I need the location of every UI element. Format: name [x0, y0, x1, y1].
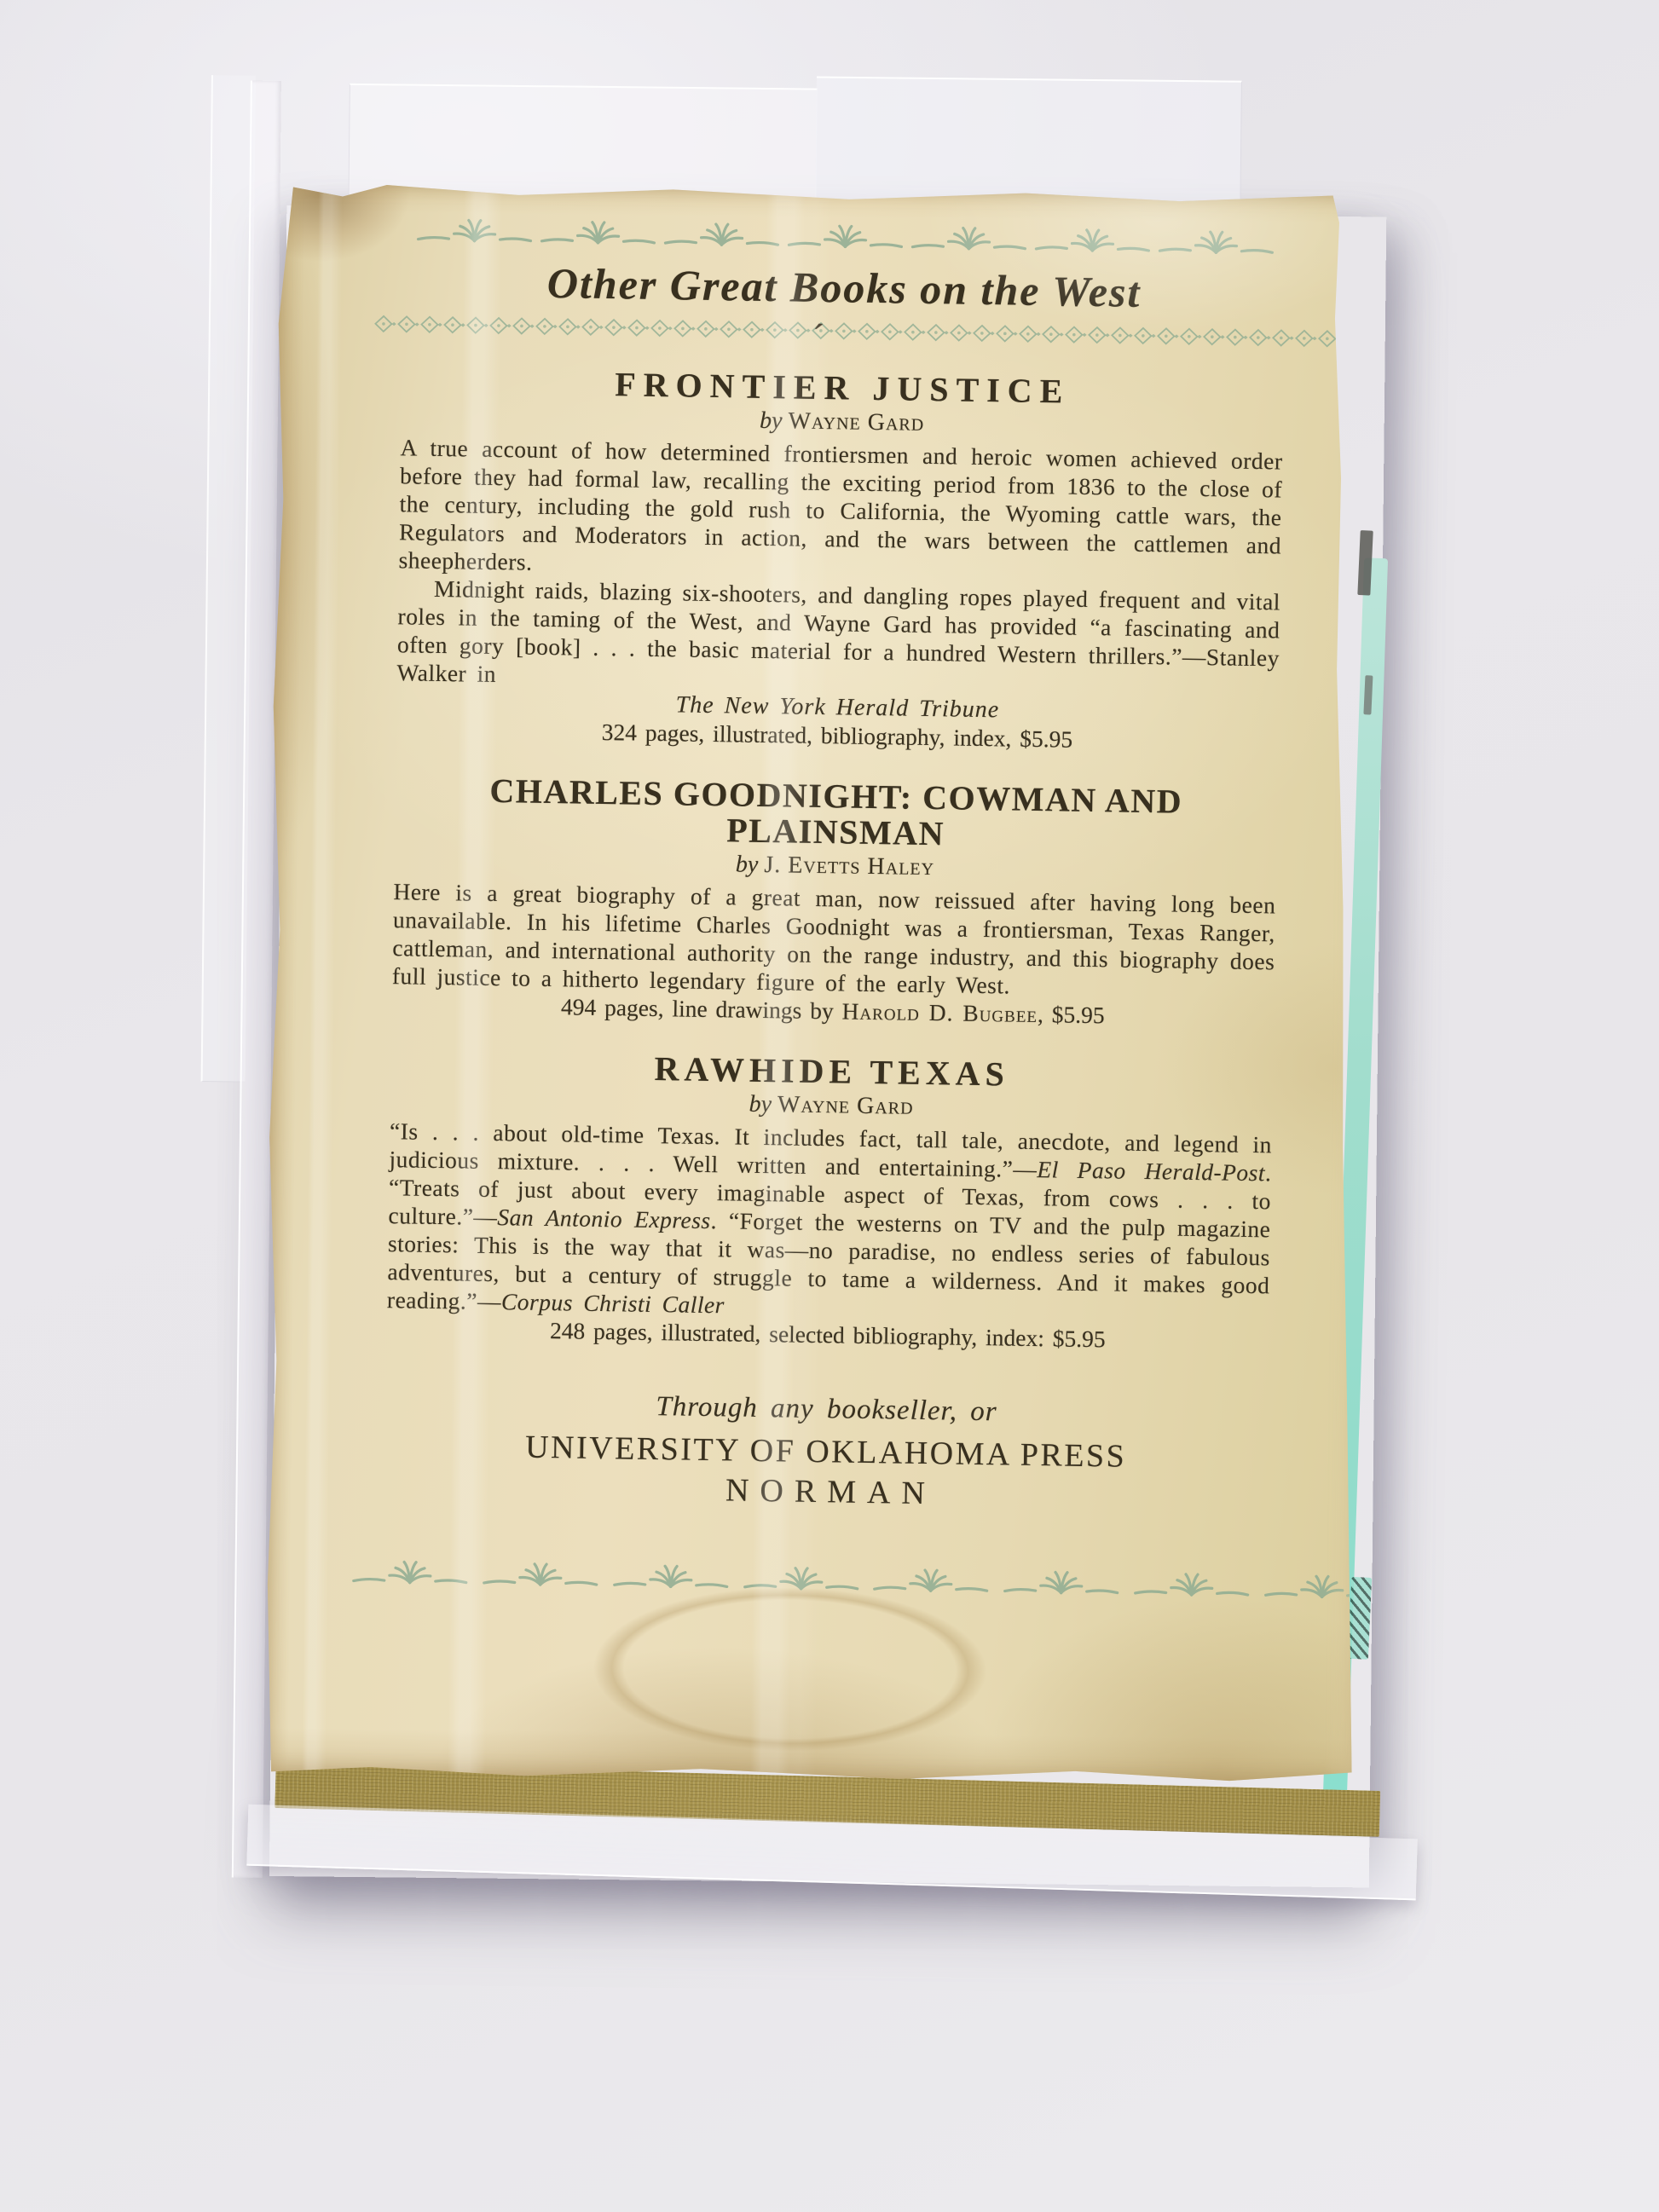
diamond-ornament-icon: [857, 321, 880, 342]
fan-ornament-icon: [414, 216, 535, 251]
bookseller-line: Through any bookseller, or: [385, 1386, 1268, 1432]
diamond-ornament-icon: [488, 315, 512, 336]
diamond-ornament-icon: [558, 316, 581, 337]
book-section-rawhide-texas: RAWHIDE TEXAS by Wayne Gard “Is . . . ab…: [386, 1047, 1273, 1355]
fan-ornament-icon: [785, 222, 905, 257]
plastic-sleeve-top-flap-right: [815, 77, 1242, 209]
jacket-content: Other Great Books on the West ´: [256, 180, 1382, 1793]
book-paragraph: Here is a great biography of a great man…: [392, 877, 1276, 1003]
diamond-ornament-icon: [742, 320, 765, 340]
dust-jacket-back: Other Great Books on the West ´: [260, 180, 1379, 1787]
diamond-ornament-icon: [535, 316, 558, 337]
book-section-frontier-justice: FRONTIER JUSTICE by Wayne Gard A true ac…: [396, 363, 1284, 756]
stray-mark: ´: [812, 317, 825, 358]
diamond-ornament-icon: [1133, 326, 1156, 346]
diamond-ornament-icon: [373, 314, 396, 334]
fan-ornament-icon: [480, 1560, 600, 1595]
fan-ornament-icon: [610, 1562, 731, 1597]
book-paragraph: “Is . . . about old-time Texas. It inclu…: [387, 1117, 1273, 1327]
fan-ornament-icon: [741, 1564, 861, 1599]
diamond-ornament-icon: [972, 323, 995, 344]
book-paragraph: Midnight raids, blazing six-shooters, an…: [396, 574, 1280, 700]
book: Other Great Books on the West ´: [225, 69, 1460, 2025]
diamond-ornament-icon: [1156, 326, 1179, 346]
diamond-ornament-icon: [604, 317, 627, 338]
diamond-ornament-icon: [465, 315, 488, 335]
diamond-ornament-icon: [765, 320, 788, 340]
diamond-ornament-icon: [880, 321, 903, 342]
fan-ornament-icon: [538, 218, 658, 253]
diamond-ornament-icon: [834, 321, 857, 341]
fan-ornament-icon: [350, 1557, 471, 1592]
diamond-ornament-icon: [1202, 326, 1225, 347]
diamond-ornament-icon: [627, 317, 650, 338]
fan-ornament-icon: [909, 224, 1029, 259]
diamond-ornament-icon: [1110, 325, 1133, 345]
fan-ornament-icon: [1002, 1568, 1122, 1603]
jacket-header-wrap: Other Great Books on the West ´: [402, 254, 1286, 321]
fan-ornament-icon: [1032, 226, 1153, 261]
fan-ornament-icon: [1132, 1570, 1252, 1605]
fan-ornament-icon: [1156, 228, 1276, 263]
diamond-ornament-icon: [581, 317, 604, 338]
diamond-ornament-icon: [719, 319, 742, 339]
diamond-ornament-icon: [1179, 326, 1202, 347]
diamond-ornament-icon: [512, 315, 535, 336]
diamond-ornament-icon: [650, 318, 673, 338]
diamond-ornament-icon: [696, 319, 719, 339]
diamond-ornament-icon: [1064, 324, 1087, 344]
photo-backdrop: Other Great Books on the West ´: [0, 0, 1659, 2212]
diamond-ornament-icon: [1248, 327, 1271, 348]
diamond-ornament-icon: [1225, 326, 1248, 347]
diamond-ornament-icon: [396, 314, 419, 334]
diamond-ornament-icon: [1271, 327, 1294, 348]
book-section-charles-goodnight: CHARLES GOODNIGHT: COWMAN AND PLAINSMAN …: [391, 771, 1277, 1031]
publisher-block: Through any bookseller, or UNIVERSITY OF…: [384, 1386, 1268, 1517]
diamond-ornament-icon: [1087, 325, 1110, 345]
diamond-ornament-icon: [1294, 328, 1317, 349]
diamond-ornament-icon: [995, 323, 1018, 344]
fan-ornament-icon: [871, 1566, 991, 1601]
page-title: Other Great Books on the West: [402, 254, 1286, 321]
diamond-ornament-icon: [1018, 324, 1041, 344]
diamond-ornament-icon: [1041, 324, 1064, 344]
book-cover-hatch-pattern: [1348, 1577, 1372, 1660]
diamond-ornament-icon: [788, 320, 811, 340]
diamond-ornament-icon: [673, 318, 696, 338]
book-paragraph: A true account of how determined frontie…: [398, 433, 1282, 587]
diamond-ornament-icon: [903, 321, 926, 342]
book-title: CHARLES GOODNIGHT: COWMAN AND PLAINSMAN: [394, 771, 1277, 857]
fan-ornament-icon: [662, 220, 782, 255]
diamond-ornament-icon: [949, 322, 972, 343]
diamond-ornament-icon: [926, 322, 949, 343]
bottom-ornament-border: [350, 1557, 1382, 1607]
diamond-ornament-icon: [419, 315, 442, 335]
diamond-ornament-icon: [442, 315, 465, 335]
plastic-sleeve-top-flap-left: [348, 84, 817, 203]
